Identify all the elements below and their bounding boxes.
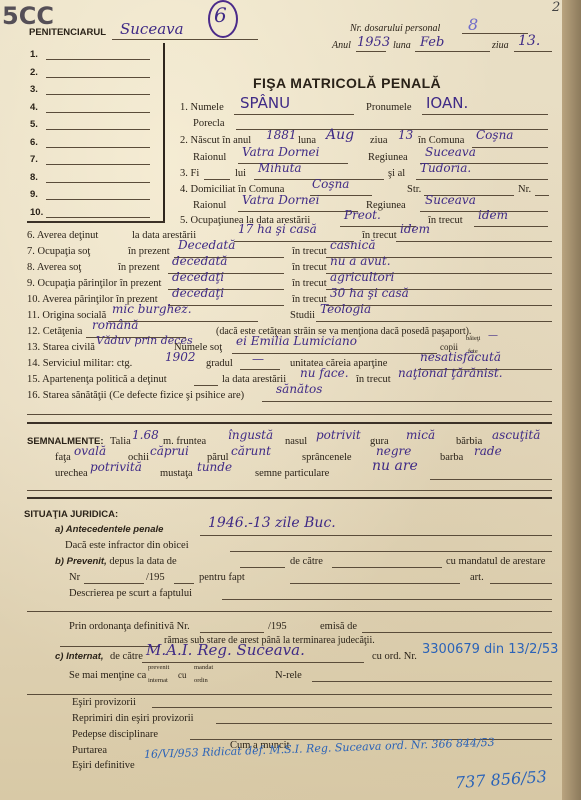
mustata-label: mustaţa <box>160 468 193 479</box>
luna-value: Feb <box>420 35 444 50</box>
ocupatiune-trecut-value: idem <box>478 208 508 222</box>
nr-label: Nr. <box>518 184 531 195</box>
esiri-definitive-label: Eşiri definitive <box>72 760 135 771</box>
cu-small: cu <box>178 670 187 680</box>
field-14-number: 14. <box>27 358 40 369</box>
parul-value: cărunt <box>231 444 271 458</box>
fata-label: faţa <box>55 452 71 463</box>
str-label: Str. <box>407 184 421 195</box>
nrele-label: N-rele <box>275 670 302 681</box>
ziua-label: ziua <box>492 40 509 51</box>
numele-label: Numele <box>191 102 224 113</box>
apartenenta-trecut-value: naţional ţărănist. <box>398 366 503 380</box>
box-line-number: 2. <box>30 67 38 78</box>
prevenit-small: prevenit <box>148 664 169 671</box>
fi-label: Fi <box>191 168 200 179</box>
pronumele-value: IOAN. <box>426 94 468 112</box>
studii-label: Studii <box>290 310 315 321</box>
ordonanta-label: Prin ordonanţa definitivă Nr. <box>69 621 190 632</box>
ocupatiune-trecut-label: în trecut <box>428 215 463 226</box>
penitenciar-value: Suceava <box>120 20 184 38</box>
field-1-number: 1. <box>180 102 188 113</box>
nascut-ziua-label: ziua <box>370 135 388 146</box>
field-7-label: 7. Ocupaţia soţ <box>27 246 90 257</box>
anul-label: Anul <box>332 40 351 51</box>
field-6-label: 6. Averea deţinut <box>27 230 98 241</box>
field-16-number: 16. <box>27 390 40 401</box>
ord-nr-label: cu ord. Nr. <box>372 651 417 662</box>
ctg-value: 1902 <box>165 350 196 364</box>
field-7-trecut-value: casnică <box>330 238 375 252</box>
art-label: art. <box>470 572 484 583</box>
corner-mark: 5CC <box>2 2 54 30</box>
field-8-value: decedată <box>172 254 227 268</box>
emisa-de-label: emisă de <box>320 621 357 632</box>
barbia-value: ascuţită <box>492 428 540 442</box>
nasul-label: nasul <box>285 436 307 447</box>
mandat-arestare-label: cu mandatul de arestare <box>446 556 545 567</box>
ordin-small: ordin <box>194 677 208 684</box>
nascut-raion-label: Raionul <box>193 152 226 163</box>
sprancene-value: negre <box>376 444 411 458</box>
urechea-value: potrivită <box>90 460 142 474</box>
domiciliu-raion-value: Vatra Dornei <box>242 193 320 207</box>
fruntea-value: îngustă <box>228 428 273 442</box>
purtarea-label: Purtarea <box>72 745 107 756</box>
box-line-number: 5. <box>30 119 38 130</box>
ochii-value: căprui <box>150 444 189 458</box>
situatia-juridica-label: SITUAŢIA JURIDICA: <box>24 509 118 520</box>
field-13-number: 13. <box>27 342 40 353</box>
field-5-number: 5. <box>180 215 188 226</box>
field-8-trecut-label: în trecut <box>292 262 327 273</box>
semne-value: nu are <box>372 458 418 474</box>
internat-de-catre-label: de către <box>110 651 143 662</box>
field-6-trecut-value: idem <box>400 222 430 236</box>
semne-label: semne particulare <box>255 468 329 479</box>
apartenenta-trecut-label: în trecut <box>356 374 391 385</box>
field-9-label: 9. Ocupaţia părinţilor în prezent <box>27 278 161 289</box>
field-4-number: 4. <box>180 184 188 195</box>
lui-label: lui <box>235 168 246 179</box>
prevenit-label: b) Prevenit, <box>55 556 107 567</box>
nascut-anul-value: 1881 <box>266 128 297 142</box>
domiciliu-raion-label: Raionul <box>193 200 226 211</box>
infractor-obicei-label: Dacă este infractor din obicei <box>65 540 189 551</box>
numele-sot-value: ei Emilia Lumiciano <box>236 334 357 348</box>
nr-label: Nr <box>69 572 80 583</box>
antecedente-label: a) Antecedentele penale <box>55 524 163 535</box>
box-line-number: 6. <box>30 137 38 148</box>
page-mark: 2 <box>552 0 560 15</box>
anul-value: 1953 <box>357 35 390 50</box>
studii-value: Teologia <box>320 302 371 316</box>
mustata-value: tunde <box>197 460 232 474</box>
field-9-trecut-label: în trecut <box>292 278 327 289</box>
serviciu-militar-label: Serviciul militar: ctg. <box>43 358 133 369</box>
stare-sanatate-label: Starea sănătăţii (Ce defecte fizice şi p… <box>43 390 244 401</box>
gradul-value: — <box>252 352 264 366</box>
mentine-label: Se mai menţine ca <box>69 670 146 681</box>
gradul-label: gradul <box>206 358 233 369</box>
apartenenta-label: Apartenenţa politică a deţinut <box>42 374 167 385</box>
esiri-provizorii-label: Eşiri provizorii <box>72 697 136 708</box>
numele-value: SPÂNU <box>240 94 290 112</box>
nascut-ziua-value: 13 <box>398 128 413 142</box>
domiciliat-comuna-value: Coşna <box>312 177 349 191</box>
field-9-trecut-value: agricultori <box>330 270 394 284</box>
box-line-number: 1. <box>30 49 38 60</box>
baieti-label: băieţi <box>466 335 480 342</box>
fata-value: ovală <box>74 444 106 458</box>
unitatea-value: nesatisfăcută <box>420 350 501 364</box>
box-line-number: 4. <box>30 102 38 113</box>
reprimiri-label: Reprimiri din eşiri provizorii <box>72 713 194 724</box>
pedepse-label: Pedepse disciplinare <box>72 729 158 740</box>
origina-sociala-value: mic burghez. <box>112 302 192 316</box>
field-15-number: 15. <box>27 374 40 385</box>
box-line-number: 7. <box>30 154 38 165</box>
box-line-number: 10. <box>30 207 43 218</box>
descriere-fapt-label: Descrierea pe scurt a faptului <box>69 588 192 599</box>
barba-value: rade <box>474 444 502 458</box>
field-2-number: 2. <box>180 135 188 146</box>
porecla-label: Porecla <box>193 118 225 129</box>
baieti-value: — <box>488 330 498 341</box>
circled-number: 6 <box>214 3 227 27</box>
nascut-comuna-value: Coşna <box>476 128 513 142</box>
nascut-regiune-label: Regiunea <box>368 152 408 163</box>
cetatenia-label: Cetăţenia <box>43 326 83 337</box>
internat-label: c) Internat, <box>55 651 104 662</box>
field-9-value: decedaţi <box>172 270 224 284</box>
page-edge <box>562 0 581 800</box>
field-3-number: 3. <box>180 168 188 179</box>
stare-sanatate-value: sănătos <box>276 382 322 396</box>
form-title: FIŞA MATRICOLĂ PENALĂ <box>253 75 441 91</box>
field-10-value: decedaţi <box>172 286 224 300</box>
internat-small: internat <box>148 677 168 684</box>
luna-label: luna <box>393 40 411 51</box>
field-12-number: 12. <box>27 326 40 337</box>
talia-value: 1.68 <box>132 428 159 442</box>
field-8-trecut-value: nu a avut. <box>330 254 391 268</box>
urechea-label: urechea <box>55 468 88 479</box>
cetatenia-value: română <box>92 318 138 332</box>
mama-value: Tudoria. <box>420 161 471 175</box>
nascut-luna-value: Aug <box>326 127 354 143</box>
box-line-number: 9. <box>30 189 38 200</box>
gura-value: mică <box>406 428 435 442</box>
penitenciar-label: PENITENCIARUL <box>29 27 106 38</box>
field-8-label: 8. Averea soţ <box>27 262 81 273</box>
si-al-label: şi al <box>388 168 405 179</box>
mandat-small: mandat <box>194 664 213 671</box>
field-6-value: 17 ha şi casă <box>238 222 317 236</box>
pentru-fapt-label: pentru fapt <box>199 572 245 583</box>
field-7-trecut-label: în trecut <box>292 246 327 257</box>
internat-de-catre-value: M.A.I. Reg. Suceava. <box>146 641 305 659</box>
talia-label: Talia <box>110 436 131 447</box>
field-7-label2: în prezent <box>128 246 170 257</box>
tata-value: Mihuta <box>258 161 302 175</box>
nascut-regiune-value: Suceava <box>425 145 476 159</box>
stare-civila-label: Starea civilă <box>43 342 95 353</box>
field-10-trecut-value: 30 ha şi casă <box>330 286 409 300</box>
pronumele-label: Pronumele <box>366 102 412 113</box>
barba-label: barba <box>440 452 463 463</box>
ordonanta-195-label: /195 <box>268 621 287 632</box>
field-7-value: Decedată <box>178 238 235 252</box>
box-line-number: 3. <box>30 84 38 95</box>
dosar-label: Nr. dosarului personal <box>350 23 440 34</box>
nascut-raion-value: Vatra Dornei <box>242 145 320 159</box>
an-195-label: /195 <box>146 572 165 583</box>
ord-nr-value: 3300679 din 13/2/53 <box>422 642 558 657</box>
domiciliu-regiune-value: Suceava <box>425 193 476 207</box>
field-8-label2: în prezent <box>118 262 160 273</box>
antecedente-value: 1946.-13 zile Buc. <box>208 515 336 531</box>
de-catre-label: de către <box>290 556 323 567</box>
ziua-value: 13. <box>518 33 540 49</box>
apartenenta-value: nu face. <box>300 366 349 380</box>
sprancene-label: sprâncenele <box>302 452 352 463</box>
ocupatiune-value: Preot. <box>344 208 381 222</box>
box-line-number: 8. <box>30 172 38 183</box>
nasul-value: potrivit <box>316 428 361 442</box>
depus-label: depus la data de <box>109 556 176 567</box>
dosar-value: 8 <box>468 15 478 34</box>
